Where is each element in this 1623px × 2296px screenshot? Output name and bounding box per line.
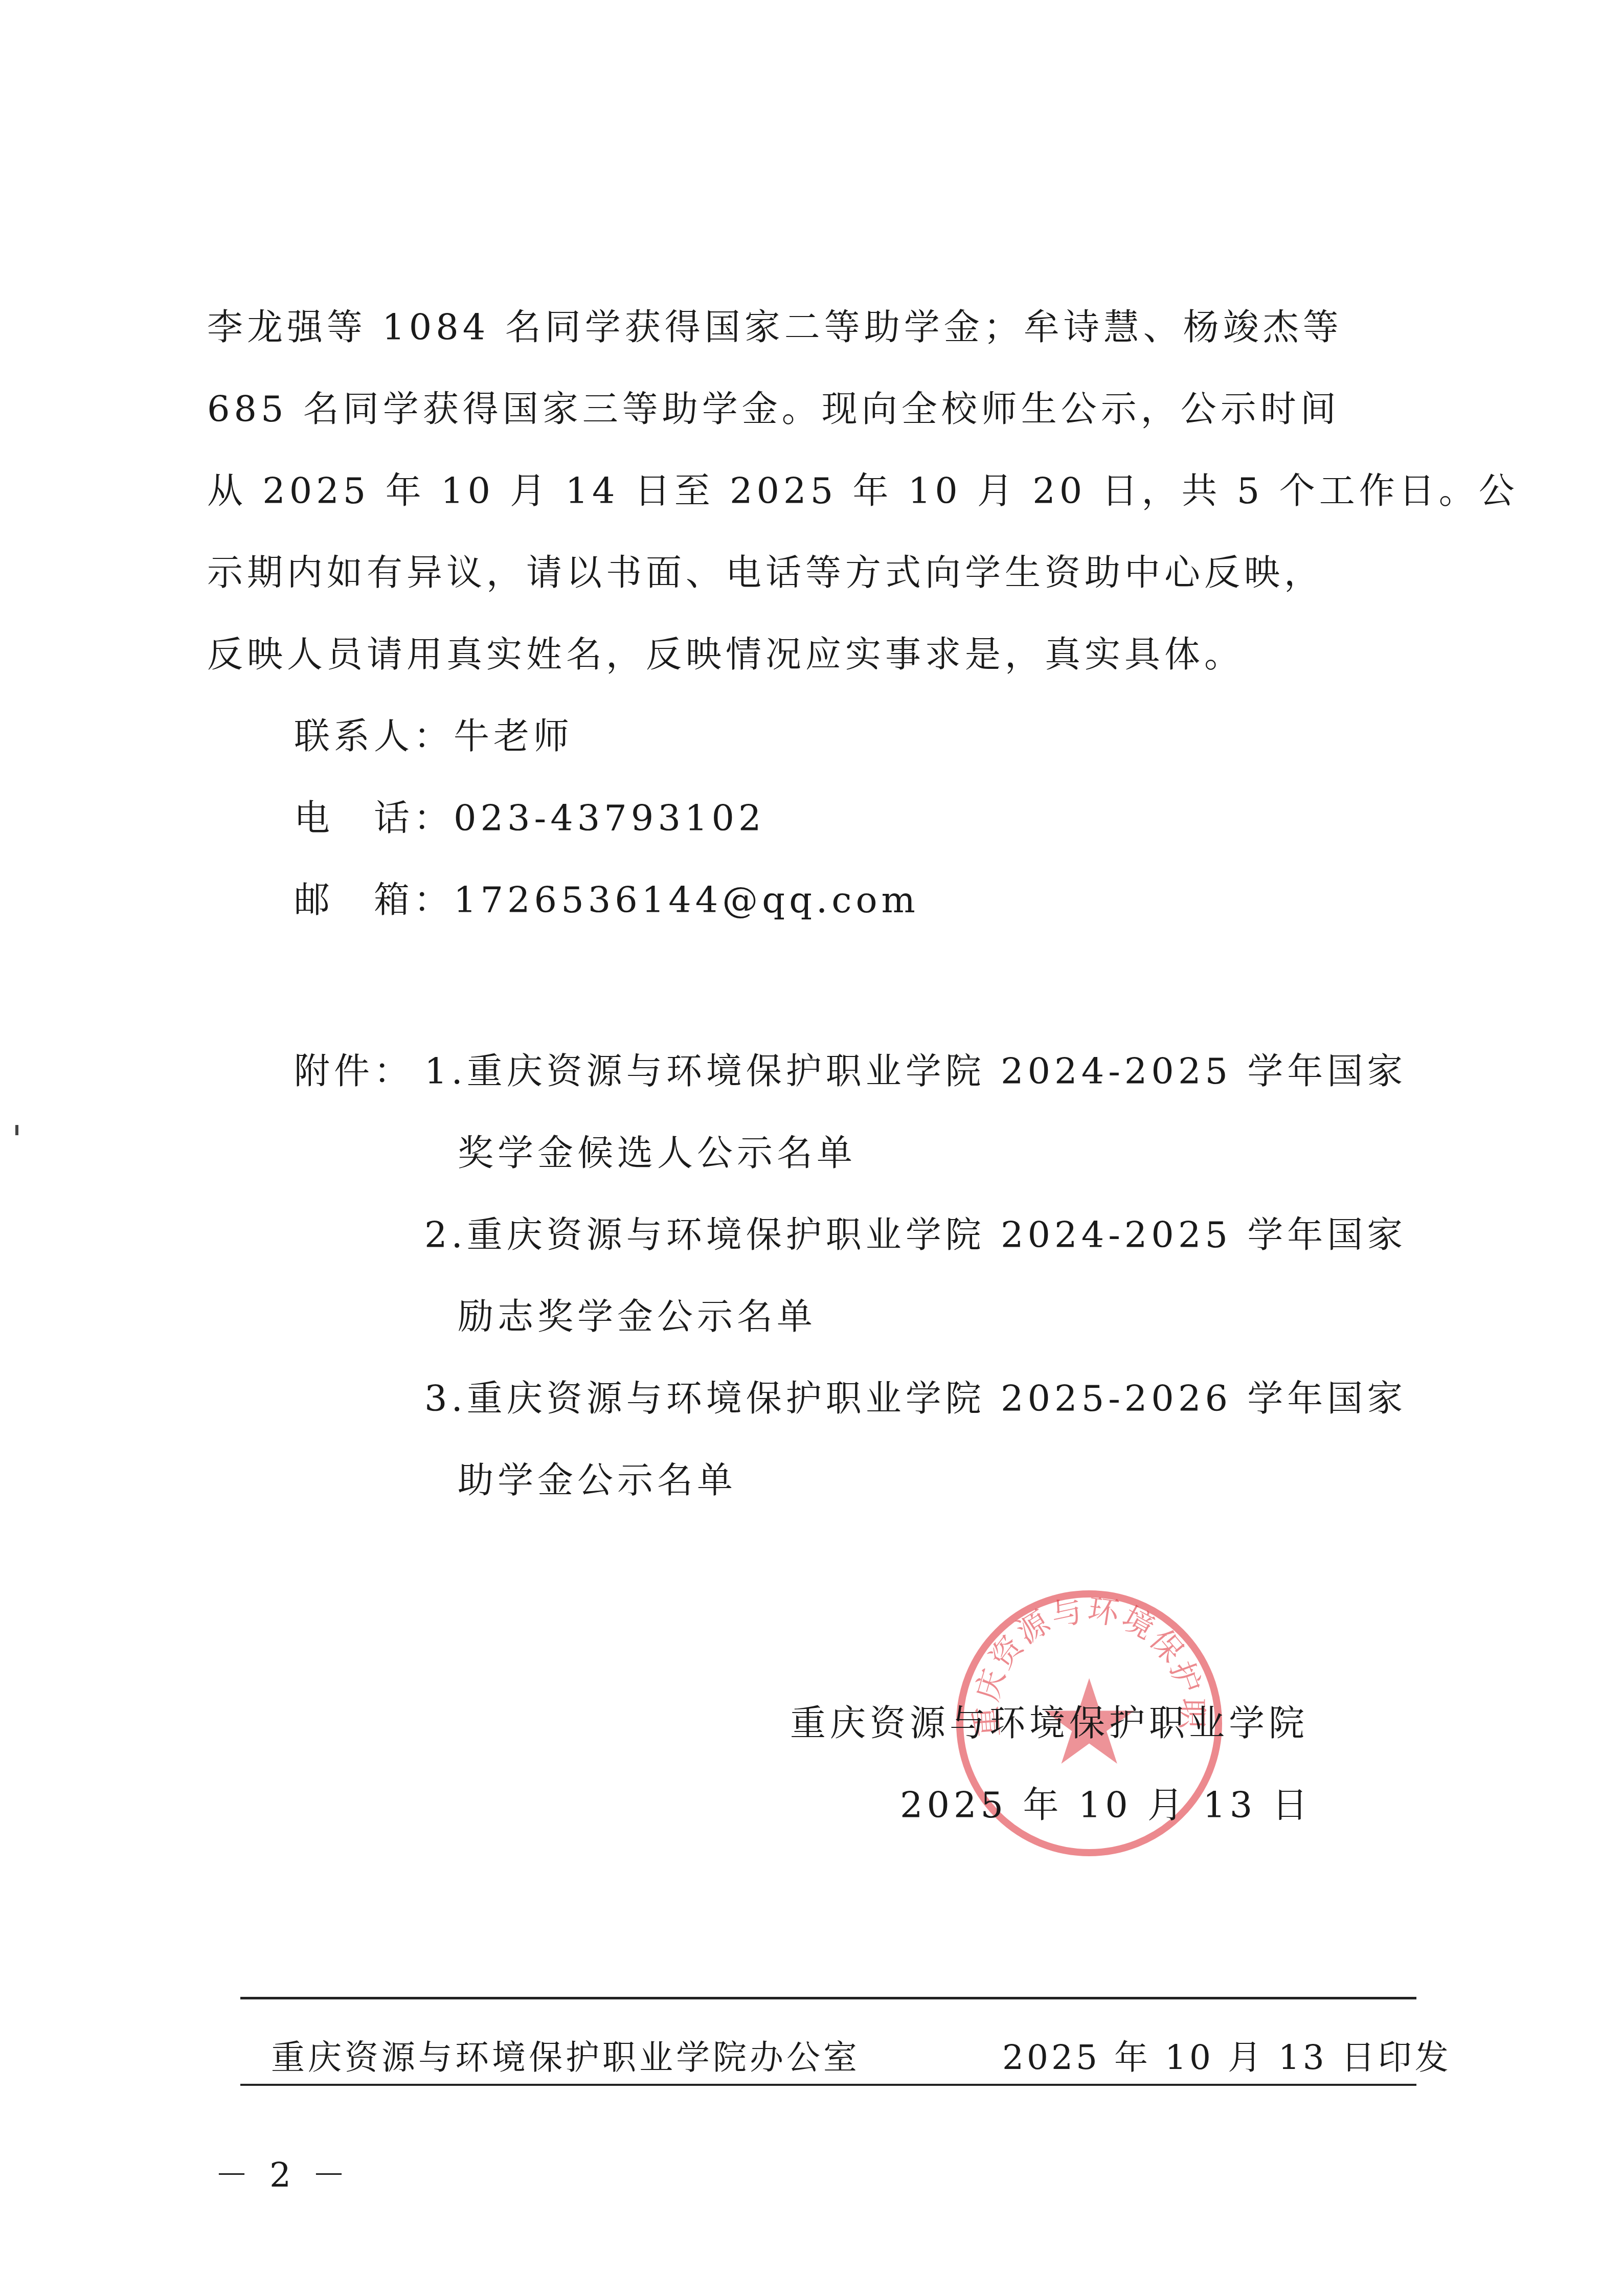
attachments-label: 附件： — [294, 1053, 414, 1089]
attachment-2-line2: 励志奖学金公示名单 — [458, 1299, 817, 1335]
contact-email: 邮 箱：1726536144@qq.com — [294, 882, 919, 918]
contact-email-value: 1726536144@qq.com — [454, 879, 919, 921]
contact-person: 联系人：牛老师 — [294, 718, 573, 754]
attachment-3-line2: 助学金公示名单 — [458, 1462, 737, 1498]
footer-bottom-rule — [240, 2084, 1416, 2086]
attachment-1-line1: 1.重庆资源与环境保护职业学院 2024-2025 学年国家 — [424, 1053, 1407, 1089]
signature-org: 重庆资源与环境保护职业学院 — [790, 1705, 1309, 1741]
body-line: 李龙强等 1084 名同学获得国家二等助学金；牟诗慧、杨竣杰等 — [207, 309, 1343, 345]
footer-issuer: 重庆资源与环境保护职业学院办公室 — [271, 2030, 860, 2079]
footer-top-rule — [240, 1997, 1416, 1999]
scan-mark — [15, 1125, 18, 1135]
contact-person-value: 牛老师 — [454, 715, 573, 757]
contact-person-label: 联系人： — [294, 715, 454, 757]
contact-phone-label: 电 话： — [294, 797, 454, 839]
footer-issue-date: 2025 年 10 月 13 日印发 — [1002, 2030, 1452, 2079]
body-line: 685 名同学获得国家三等助学金。现向全校师生公示，公示时间 — [207, 391, 1340, 427]
body-line: 反映人员请用真实姓名，反映情况应实事求是，真实具体。 — [207, 637, 1244, 672]
contact-phone-value: 023-43793102 — [454, 797, 765, 839]
contact-phone: 电 话：023-43793102 — [294, 800, 765, 836]
attachment-2-line1: 2.重庆资源与环境保护职业学院 2024-2025 学年国家 — [424, 1217, 1407, 1253]
body-line: 从 2025 年 10 月 14 日至 2025 年 10 月 20 日，共 5… — [207, 473, 1519, 509]
signature-date: 2025 年 10 月 13 日 — [900, 1787, 1312, 1823]
attachment-1-line2: 奖学金候选人公示名单 — [458, 1135, 856, 1171]
contact-email-label: 邮 箱： — [294, 879, 454, 921]
attachment-3-line1: 3.重庆资源与环境保护职业学院 2025-2026 学年国家 — [424, 1381, 1407, 1416]
page-number: － 2 － — [215, 2148, 351, 2196]
body-line: 示期内如有异议，请以书面、电话等方式向学生资助中心反映， — [207, 555, 1324, 591]
